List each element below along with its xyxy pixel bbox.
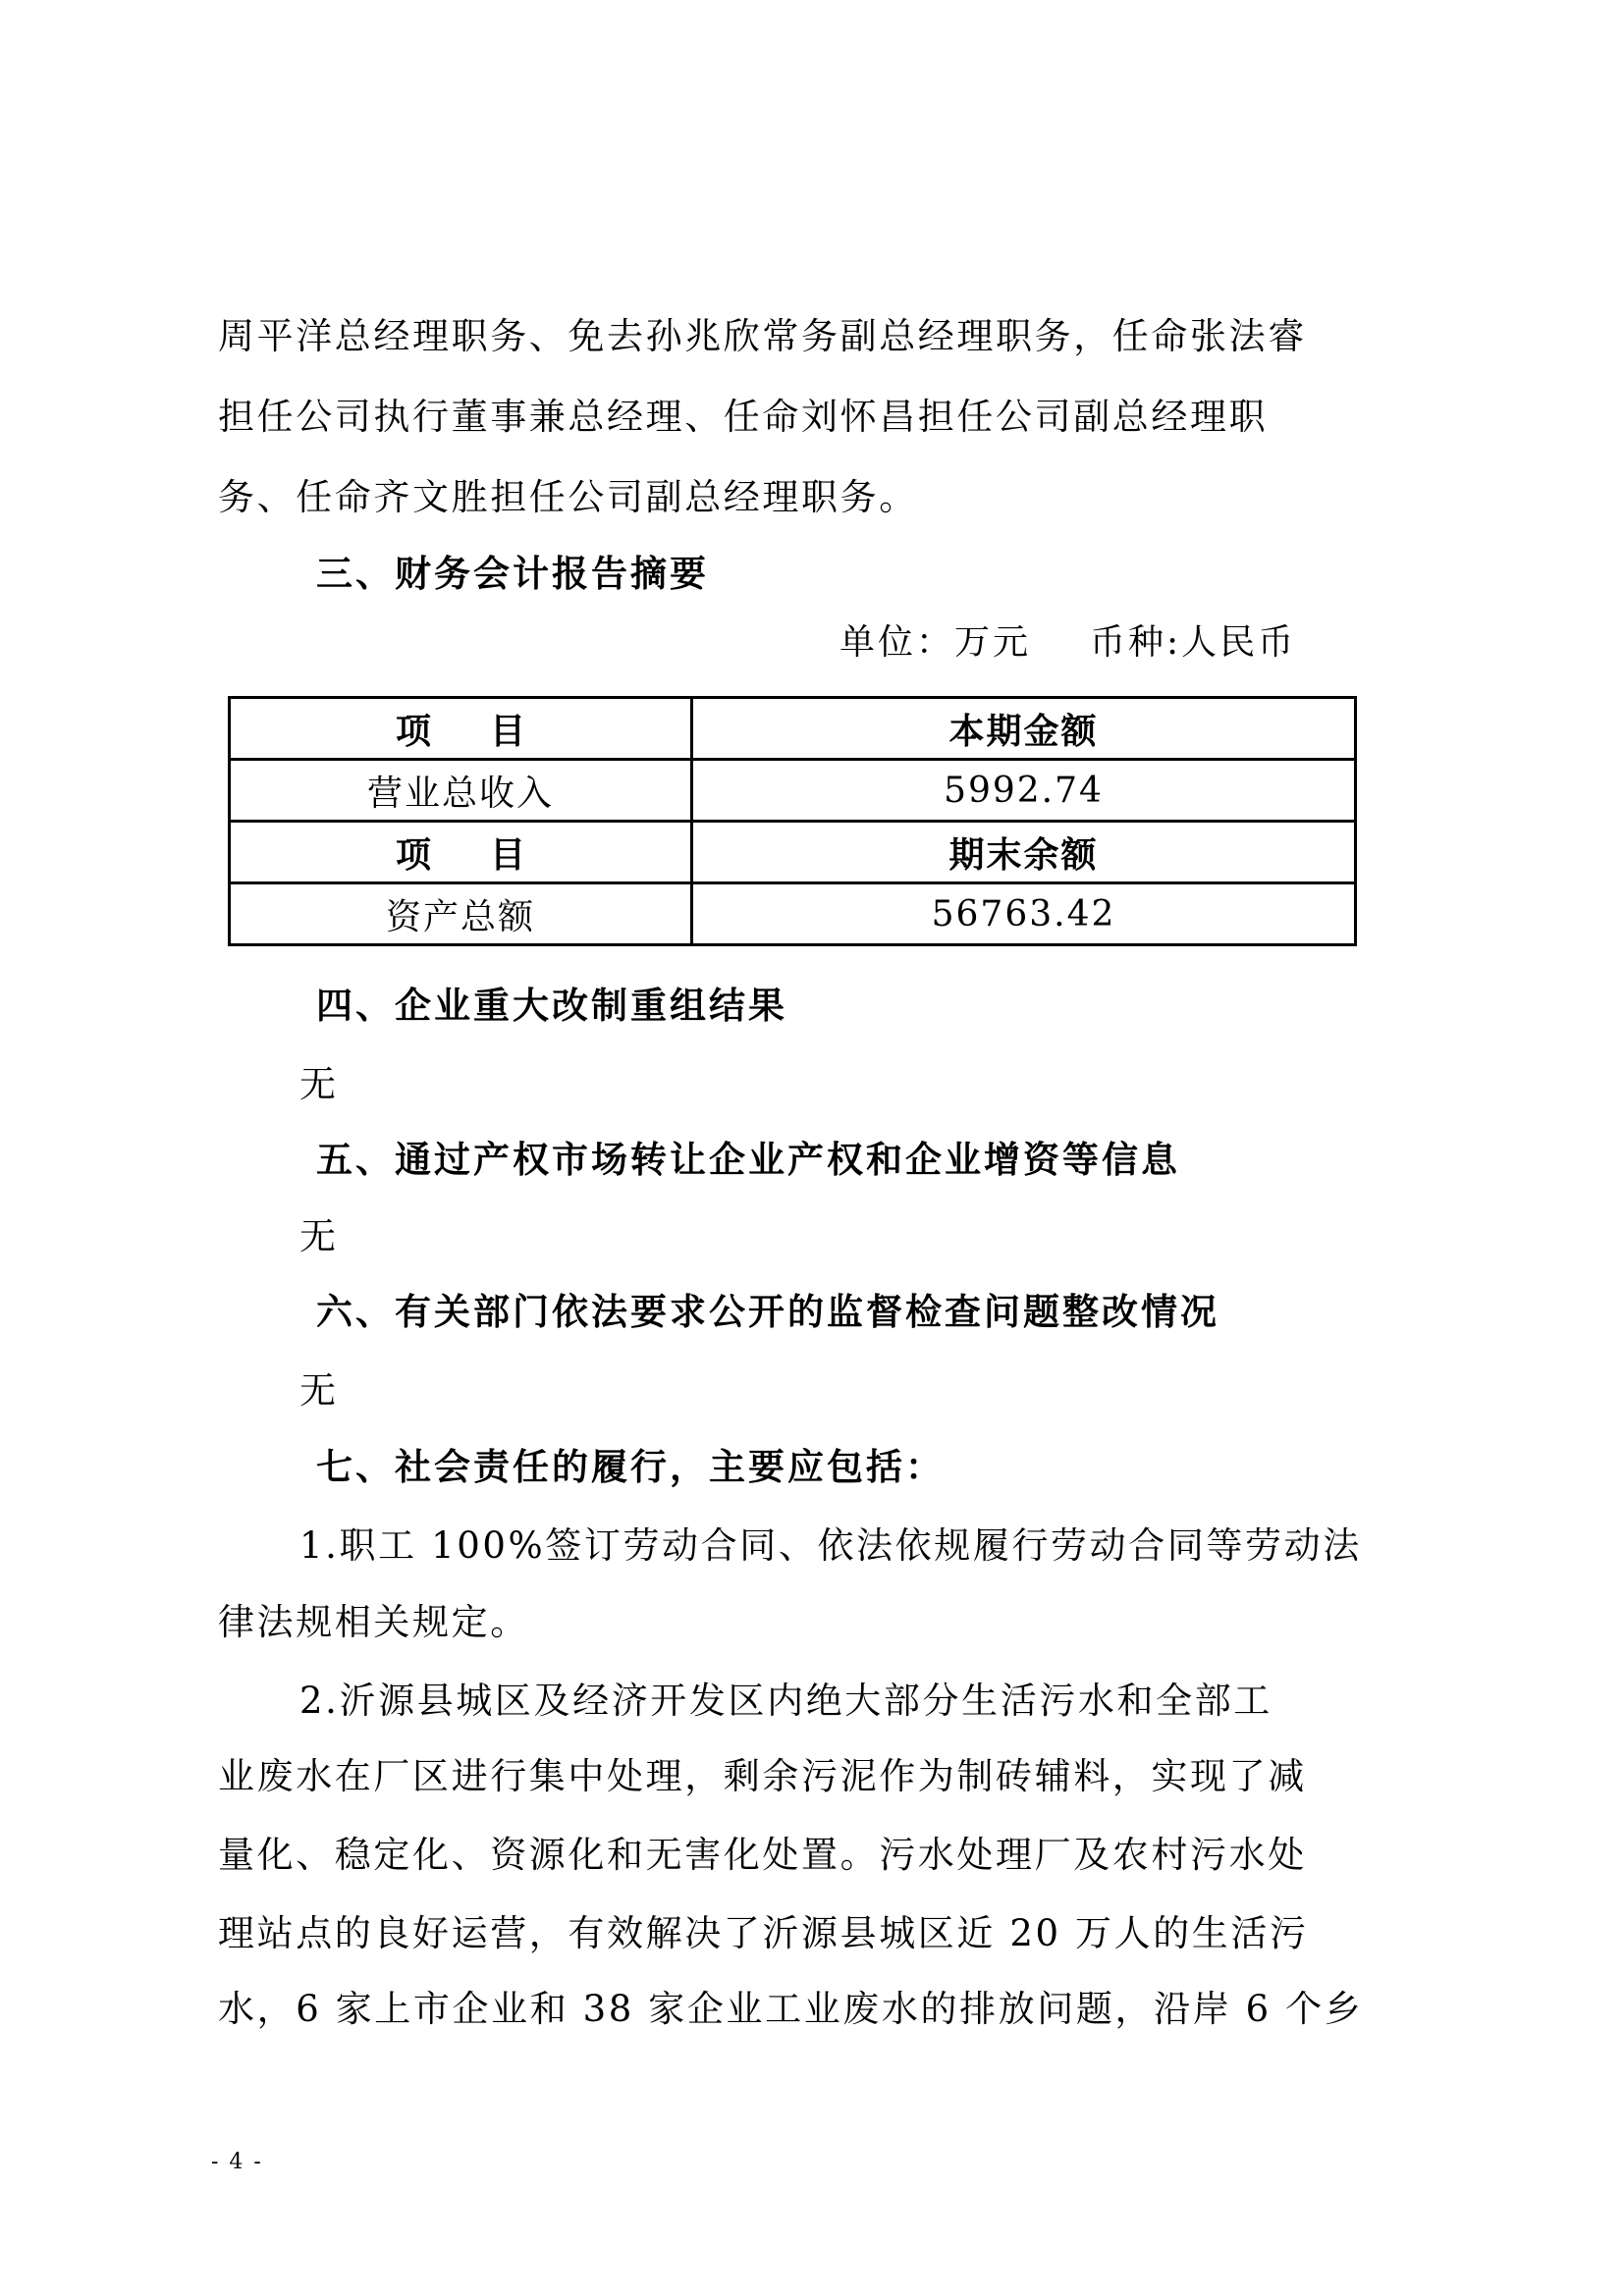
table-row: 项目 本期金额 [230, 698, 1356, 760]
list-item-line: 律法规相关规定。 [218, 1598, 529, 1647]
list-item-line: 业废水在厂区进行集中处理，剩余污泥作为制砖辅料，实现了减 [218, 1752, 1307, 1801]
section-heading-social-responsibility: 七、社会责任的履行，主要应包括： [316, 1443, 945, 1492]
table-cell-item: 营业总收入 [230, 760, 692, 822]
list-item-line: 量化、稳定化、资源化和无害化处置。污水处理厂及农村污水处 [218, 1831, 1307, 1880]
unit-currency-label: 单位：万元币种:人民币 [839, 618, 1296, 667]
list-item-line: 1.职工 100%签订劳动合同、依法依规履行劳动合同等劳动法 [299, 1522, 1362, 1571]
table-row: 项目 期末余额 [230, 822, 1356, 883]
list-item-line: 水，6 家上市企业和 38 家企业工业废水的排放问题，沿岸 6 个乡 [218, 1985, 1363, 2034]
section-heading-restructuring: 四、企业重大改制重组结果 [316, 982, 787, 1031]
table-header-current-amount: 本期金额 [692, 698, 1356, 760]
section-heading-inspection-rectification: 六、有关部门依法要求公开的监督检查问题整改情况 [316, 1288, 1219, 1337]
table-row: 资产总额 56763.42 [230, 883, 1356, 945]
currency-label: 币种:人民币 [1090, 622, 1296, 663]
table-cell-value: 56763.42 [692, 883, 1356, 945]
section-heading-financial-summary: 三、财务会计报告摘要 [316, 550, 709, 599]
paragraph-line: 务、任命齐文胜担任公司副总经理职务。 [218, 473, 918, 522]
table-header-ending-balance: 期末余额 [692, 822, 1356, 883]
paragraph-line: 担任公司执行董事兼总经理、任命刘怀昌担任公司副总经理职 [218, 393, 1268, 442]
financial-summary-table: 项目 本期金额 营业总收入 5992.74 项目 期末余额 资产总额 56763… [228, 696, 1357, 946]
table-cell-value: 5992.74 [692, 760, 1356, 822]
table-row: 营业总收入 5992.74 [230, 760, 1356, 822]
table-header-item: 项目 [230, 822, 692, 883]
paragraph-line: 周平洋总经理职务、免去孙兆欣常务副总经理职务，任命张法睿 [218, 312, 1307, 361]
section-heading-property-rights: 五、通过产权市场转让企业产权和企业增资等信息 [316, 1136, 1180, 1185]
section-body: 无 [299, 1060, 339, 1109]
section-body: 无 [299, 1366, 339, 1415]
table-header-item: 项目 [230, 698, 692, 760]
list-item-line: 理站点的良好运营，有效解决了沂源县城区近 20 万人的生活污 [218, 1909, 1309, 1958]
section-body: 无 [299, 1212, 339, 1261]
unit-label: 单位：万元 [839, 622, 1031, 663]
table-cell-item: 资产总额 [230, 883, 692, 945]
page-number: - 4 - [211, 2150, 263, 2174]
list-item-line: 2.沂源县城区及经济开发区内绝大部分生活污水和全部工 [299, 1677, 1272, 1726]
